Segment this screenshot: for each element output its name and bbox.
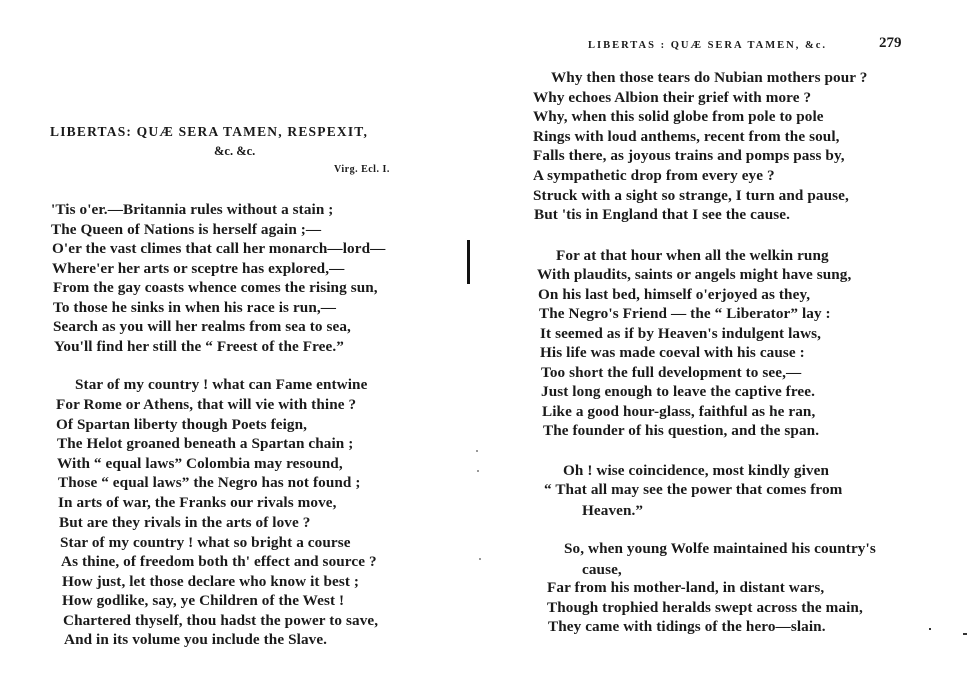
page-number: 279 xyxy=(879,35,902,52)
verse-line: On his last bed, himself o'erjoyed as th… xyxy=(538,286,810,304)
verse-line: Too short the full development to see,— xyxy=(541,364,801,382)
verse-line: With “ equal laws” Colombia may resound, xyxy=(57,455,343,473)
verse-line: Oh ! wise coincidence, most kindly given xyxy=(563,462,829,480)
verse-line: Chartered thyself, thou hadst the power … xyxy=(63,612,378,630)
verse-line: The Negro's Friend — the “ Liberator” la… xyxy=(539,305,831,323)
verse-line: How godlike, say, ye Children of the Wes… xyxy=(62,592,344,610)
verse-line: It seemed as if by Heaven's indulgent la… xyxy=(540,325,821,343)
verse-line: But 'tis in England that I see the cause… xyxy=(534,206,790,224)
verse-line: The founder of his question, and the spa… xyxy=(543,422,819,440)
left-page: LIBERTAS: QUÆ SERA TAMEN, RESPEXIT, &c. … xyxy=(0,0,470,684)
verse-line: With plaudits, saints or angels might ha… xyxy=(537,266,851,284)
verse-line: Heaven.” xyxy=(582,502,643,520)
right-page: LIBERTAS : QUÆ SERA TAMEN, &c. 279 Why t… xyxy=(490,0,980,684)
verse-line: How just, let those declare who know it … xyxy=(62,573,359,591)
poem-subtitle: &c. &c. xyxy=(214,144,255,159)
verse-line: “ That all may see the power that comes … xyxy=(544,481,842,499)
verse-line: As thine, of freedom both th' effect and… xyxy=(61,553,377,571)
verse-line: Just long enough to leave the captive fr… xyxy=(541,383,815,401)
verse-line: Rings with loud anthems, recent from the… xyxy=(533,128,840,146)
scan-speck xyxy=(477,470,479,472)
verse-line: A sympathetic drop from every eye ? xyxy=(533,167,775,185)
verse-line: From the gay coasts whence comes the ris… xyxy=(53,279,378,297)
verse-line: The Queen of Nations is herself again ;— xyxy=(51,221,321,239)
verse-line: For Rome or Athens, that will vie with t… xyxy=(56,396,356,414)
verse-line: The Helot groaned beneath a Spartan chai… xyxy=(57,435,353,453)
verse-line: His life was made coeval with his cause … xyxy=(540,344,805,362)
verse-line: Far from his mother-land, in distant war… xyxy=(547,579,824,597)
verse-line: Like a good hour-glass, faithful as he r… xyxy=(542,403,815,421)
verse-line: Where'er her arts or sceptre has explore… xyxy=(52,260,344,278)
scan-speck xyxy=(476,450,478,452)
verse-line: Those “ equal laws” the Negro has not fo… xyxy=(58,474,361,492)
poem-title: LIBERTAS: QUÆ SERA TAMEN, RESPEXIT, xyxy=(50,124,368,140)
verse-line: Star of my country ! what so bright a co… xyxy=(60,534,351,552)
verse-line: They came with tidings of the hero—slain… xyxy=(548,618,826,636)
verse-line: To those he sinks in when his race is ru… xyxy=(53,299,336,317)
verse-line: In arts of war, the Franks our rivals mo… xyxy=(58,494,337,512)
verse-line: So, when young Wolfe maintained his coun… xyxy=(564,540,876,558)
verse-line: Search as you will her realms from sea t… xyxy=(53,318,351,336)
verse-line: For at that hour when all the welkin run… xyxy=(556,247,829,265)
verse-line: O'er the vast climes that call her monar… xyxy=(52,240,385,258)
verse-line: Falls there, as joyous trains and pomps … xyxy=(533,147,845,165)
verse-line: Struck with a sight so strange, I turn a… xyxy=(533,187,849,205)
verse-line: But are they rivals in the arts of love … xyxy=(59,514,310,532)
verse-line: Why, when this solid globe from pole to … xyxy=(533,108,824,126)
verse-line: You'll find her still the “ Freest of th… xyxy=(54,338,344,356)
gutter-shadow xyxy=(467,240,470,284)
running-head: LIBERTAS : QUÆ SERA TAMEN, &c. xyxy=(588,40,827,51)
verse-line: And in its volume you include the Slave. xyxy=(64,631,327,649)
epigraph-attribution: Virg. Ecl. I. xyxy=(334,164,390,175)
verse-line: cause, xyxy=(582,561,622,579)
verse-line: Of Spartan liberty though Poets feign, xyxy=(56,416,307,434)
verse-line: 'Tis o'er.—Britannia rules without a sta… xyxy=(51,201,333,219)
verse-line: Why echoes Albion their grief with more … xyxy=(533,89,811,107)
scan-speck xyxy=(479,558,481,560)
verse-line: Why then those tears do Nubian mothers p… xyxy=(551,69,867,87)
verse-line: Though trophied heralds swept across the… xyxy=(547,599,863,617)
verse-line: Star of my country ! what can Fame entwi… xyxy=(75,376,367,394)
